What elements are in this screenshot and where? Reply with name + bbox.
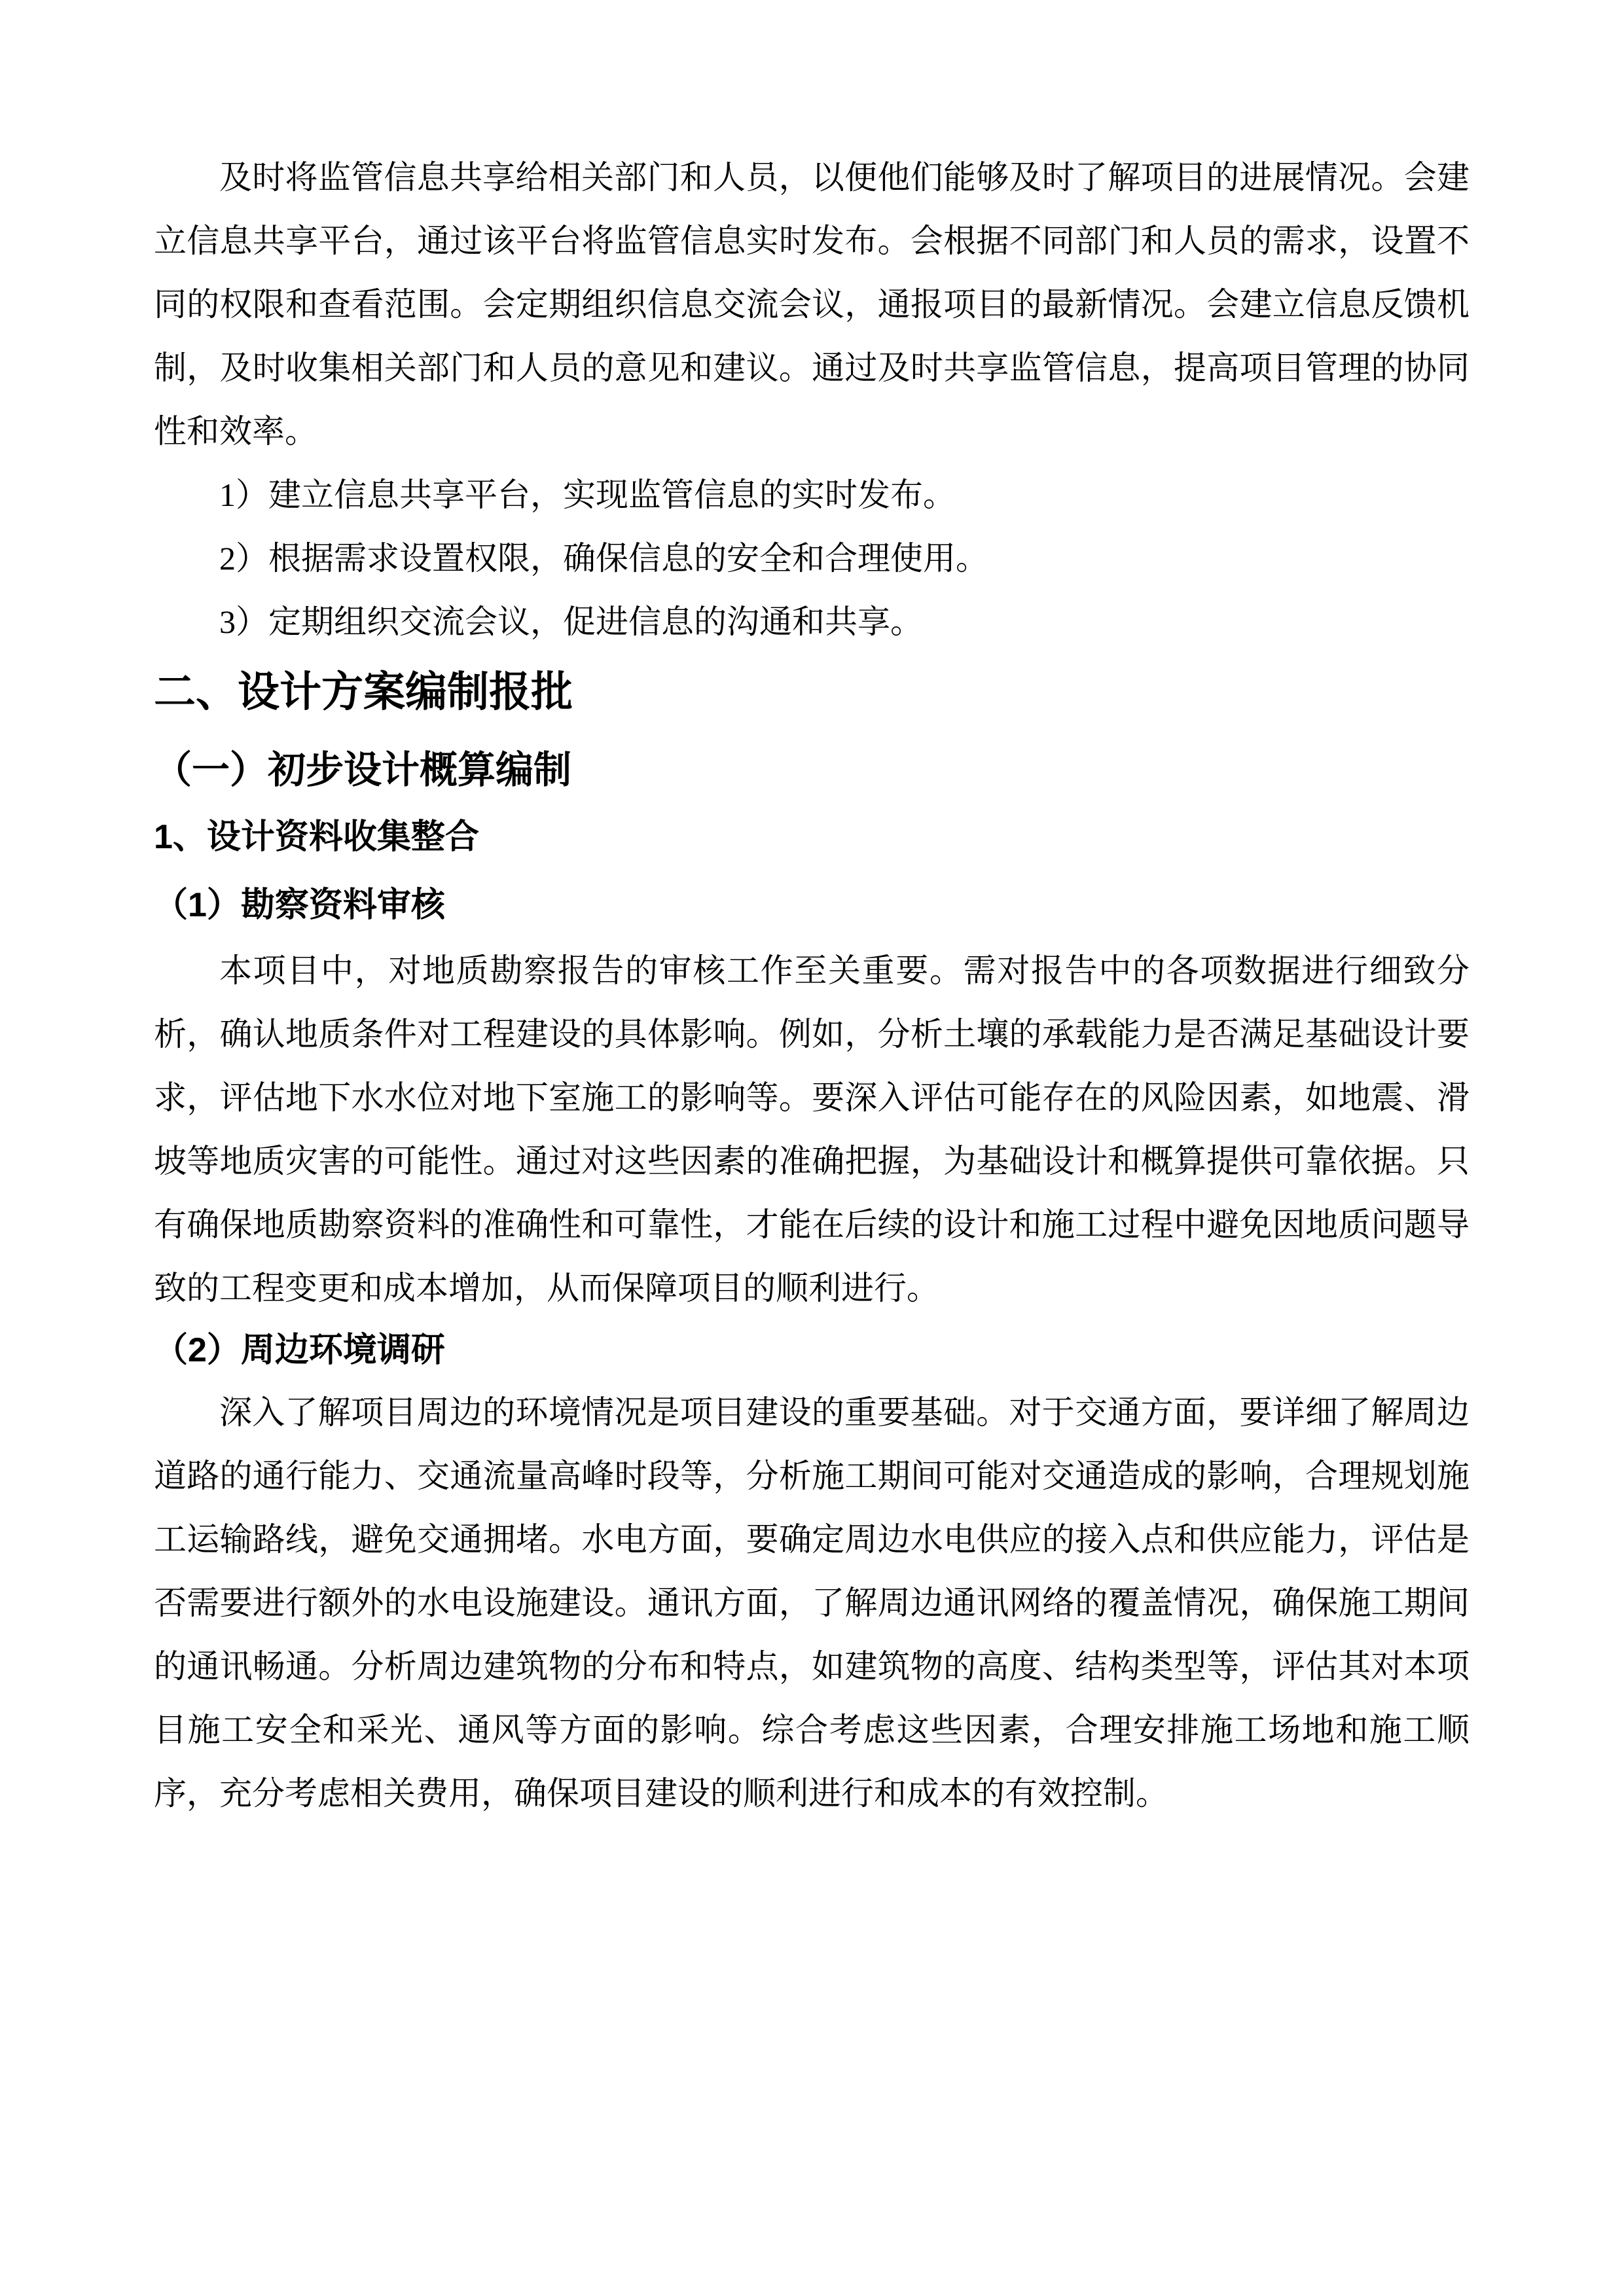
paragraph-surrounding-environment-research: 深入了解项目周边的环境情况是项目建设的重要基础。对于交通方面，要详细了解周边道路…: [154, 1381, 1470, 1825]
section-heading-level4-surrounding-environment: （2）周边环境调研: [154, 1329, 1470, 1371]
document-content-area: 及时将监管信息共享给相关部门和人员，以便他们能够及时了解项目的进展情况。会建立信…: [154, 0, 1470, 1825]
list-item: 3）定期组织交流会议，促进信息的沟通和共享。: [154, 590, 1470, 654]
section-heading-level4-survey-data-review: （1）勘察资料审核: [154, 884, 1470, 926]
section-heading-level1: 二、设计方案编制报批: [154, 664, 1470, 719]
section-heading-level3: 1、设计资料收集整合: [154, 816, 1470, 858]
paragraph-supervision-info-sharing: 及时将监管信息共享给相关部门和人员，以便他们能够及时了解项目的进展情况。会建立信…: [154, 146, 1470, 463]
document-page: 及时将监管信息共享给相关部门和人员，以便他们能够及时了解项目的进展情况。会建立信…: [0, 0, 1624, 2296]
list-item: 2）根据需求设置权限，确保信息的安全和合理使用。: [154, 527, 1470, 590]
section-heading-level2: （一）初步设计概算编制: [154, 745, 1470, 795]
numbered-list: 1）建立信息共享平台，实现监管信息的实时发布。 2）根据需求设置权限，确保信息的…: [154, 463, 1470, 654]
list-item: 1）建立信息共享平台，实现监管信息的实时发布。: [154, 463, 1470, 527]
paragraph-geological-survey-review: 本项目中，对地质勘察报告的审核工作至关重要。需对报告中的各项数据进行细致分析，确…: [154, 939, 1470, 1320]
